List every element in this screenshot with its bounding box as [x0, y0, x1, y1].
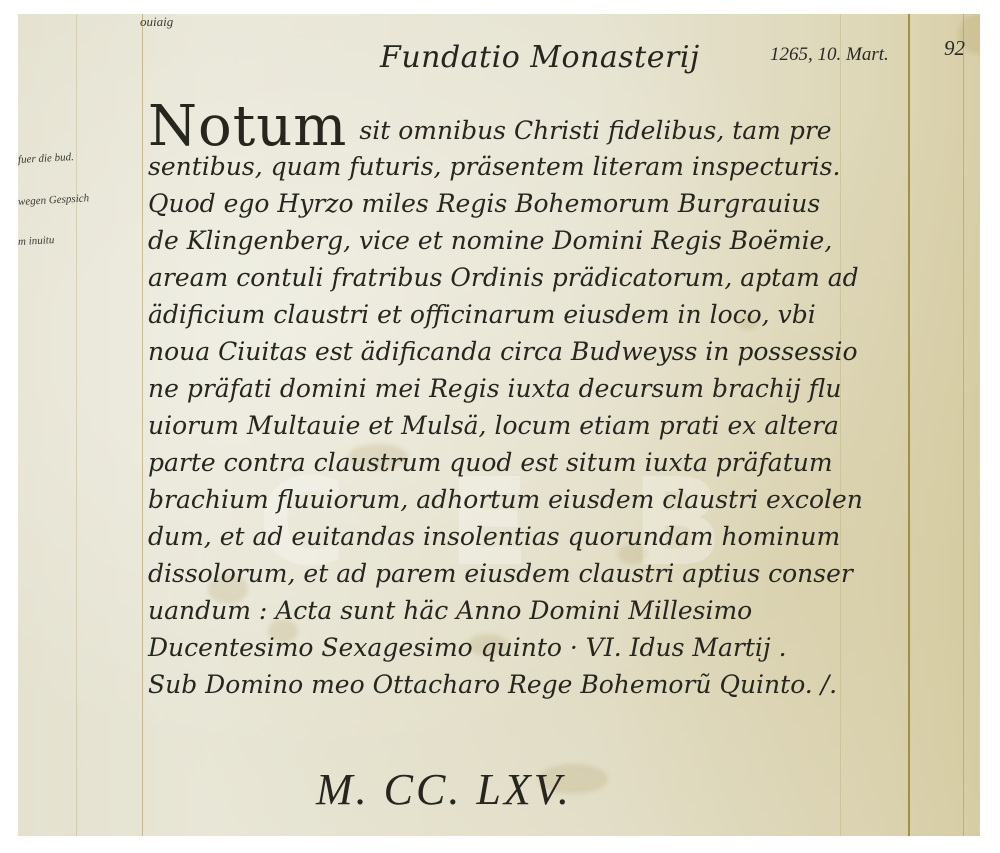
text-line: Quod ego Hyrzo miles Regis Bohemorum Bur… — [148, 185, 968, 222]
ruling-line — [142, 14, 143, 836]
roman-year: M. CC. LXV. — [316, 764, 572, 815]
text-line: brachium fluuiorum, adhortum eiusdem cla… — [148, 481, 968, 518]
text-line: de Klingenberg, vice et nomine Domini Re… — [148, 222, 968, 259]
document-title: Fundatio Monasterij — [380, 40, 700, 75]
text-line: Ducentesimo Sexagesimo quinto · VI. Idus… — [148, 629, 968, 666]
charter-text: Notumsit omnibus Christi fidelibus, tam … — [148, 106, 968, 703]
page-number: 92 — [944, 36, 965, 61]
top-scribble: ouiaig — [140, 14, 173, 30]
margin-note: m inuitu — [18, 234, 55, 248]
text-line: dissolorum, et ad parem eiusdem claustri… — [148, 555, 968, 592]
text-line: Sub Domino meo Ottacharo Rege Bohemorũ Q… — [148, 666, 968, 703]
manuscript-page: C E B ouiaig Fundatio Monasterij 1265, 1… — [18, 14, 980, 836]
margin-note: wegen Gespsich — [18, 192, 89, 208]
text-line: uiorum Multauie et Mulsä, locum etiam pr… — [148, 407, 968, 444]
line-text: sit omnibus Christi fidelibus, tam pre — [359, 116, 831, 145]
text-line: ne präfati domini mei Regis iuxta decurs… — [148, 370, 968, 407]
text-line: sentibus, quam futuris, präsentem litera… — [148, 148, 968, 185]
margin-note: fuer die bud. — [18, 151, 74, 166]
text-line: Notumsit omnibus Christi fidelibus, tam … — [148, 106, 968, 148]
text-line: dum, et ad euitandas insolentias quorund… — [148, 518, 968, 555]
date-annotation: 1265, 10. Mart. — [770, 44, 889, 66]
text-line: ädificium claustri et officinarum eiusde… — [148, 296, 968, 333]
scan-canvas: C E B ouiaig Fundatio Monasterij 1265, 1… — [0, 0, 1000, 853]
ruling-line — [76, 14, 77, 836]
text-line: noua Ciuitas est ädificanda circa Budwey… — [148, 333, 968, 370]
text-line: aream contuli fratribus Ordinis prädicat… — [148, 259, 968, 296]
text-line: uandum : Acta sunt häc Anno Domini Mille… — [148, 592, 968, 629]
text-line: parte contra claustrum quod est situm iu… — [148, 444, 968, 481]
